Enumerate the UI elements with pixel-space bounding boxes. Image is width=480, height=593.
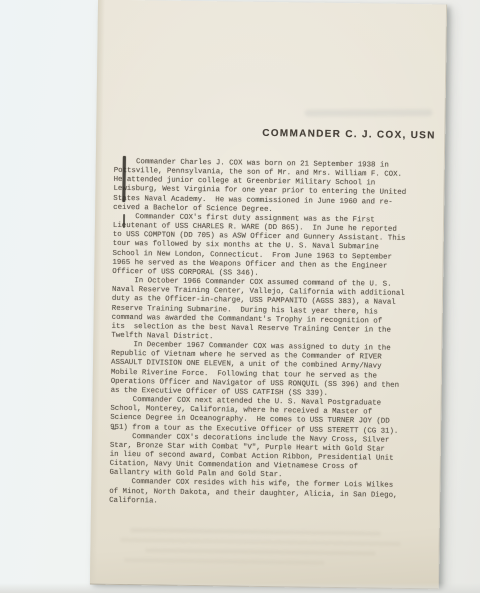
paragraph-vietnam-service: In December 1967 Commander COX was assig… [111, 341, 434, 400]
page-left-edge-shading [90, 0, 105, 584]
paragraph-birth-education: Commander Charles J. COX was born on 21 … [113, 158, 436, 217]
scanned-document: COMMANDER C. J. COX, USN Commander Charl… [0, 0, 480, 593]
faint-pencil-smudge-mark [305, 109, 433, 116]
paragraph-family: Commander COX resides with his wife, the… [109, 478, 431, 510]
ink-mark [122, 156, 126, 202]
ink-mark [123, 214, 125, 228]
bleed-through-text-ghost [131, 528, 381, 535]
ink-mark [112, 428, 116, 430]
scanned-page: COMMANDER C. J. COX, USN Commander Charl… [90, 0, 447, 589]
bleed-through-text-ghost [124, 558, 324, 565]
bleed-through-text-ghost [145, 548, 375, 555]
scanner-bed-background [0, 583, 480, 593]
paragraph-postgraduate-school: Commander COX next attended the U. S. Na… [110, 396, 432, 437]
document-title: COMMANDER C. J. COX, USN [262, 128, 436, 141]
paragraph-reserve-training-command: In October 1966 Commander COX assumed co… [111, 277, 434, 346]
biography-text: Commander Charles J. COX was born on 21 … [109, 158, 436, 510]
paragraph-decorations: Commander COX's decorations include the … [109, 432, 432, 482]
bleed-through-text-ghost [121, 538, 401, 546]
paragraph-first-duty: Commander COX's first duty assignment wa… [112, 213, 435, 282]
